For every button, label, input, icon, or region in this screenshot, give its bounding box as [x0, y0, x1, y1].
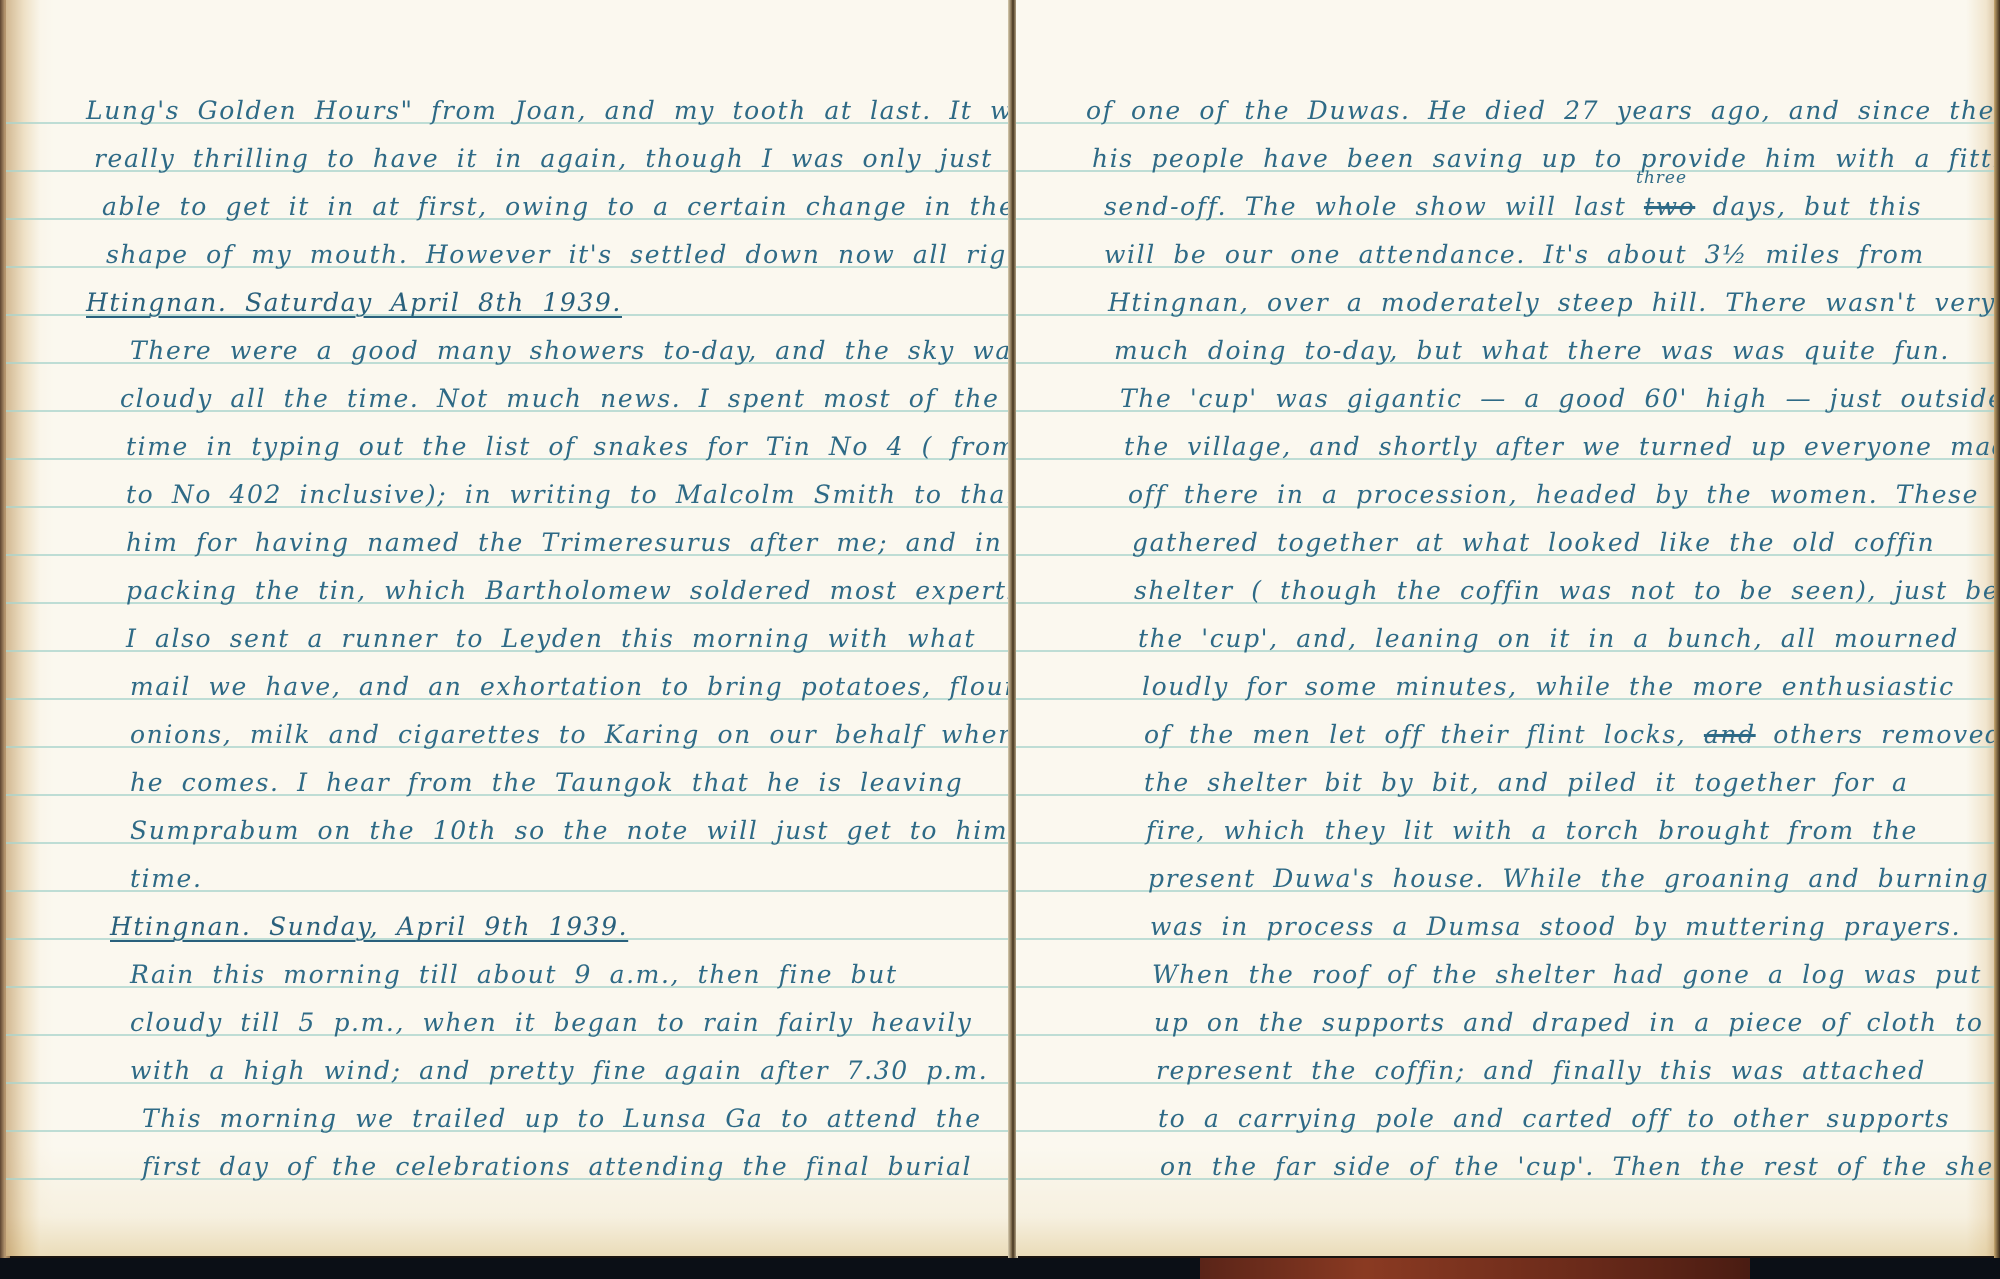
diary-line: him for having named the Trimeresurus af… [126, 528, 1002, 558]
diary-line: represent the coffin; and finally this w… [1156, 1056, 1926, 1086]
diary-line: present Duwa's house. While the groaning… [1148, 864, 1989, 894]
struck-word: and [1704, 720, 1756, 749]
diary-line: onions, milk and cigarettes to Karing on… [130, 720, 1010, 750]
diary-line: cloudy till 5 p.m., when it began to rai… [130, 1008, 972, 1038]
diary-line: Lung's Golden Hours" from Joan, and my t… [86, 96, 1010, 126]
diary-line: fire, which they lit with a torch brough… [1146, 816, 1918, 846]
diary-line: really thrilling to have it in again, th… [94, 144, 993, 174]
entry-heading-april-8: Htingnan. Saturday April 8th 1939. [86, 288, 622, 318]
diary-line: time. [130, 864, 203, 894]
diary-line: I also sent a runner to Leyden this morn… [126, 624, 976, 654]
diary-line: This morning we trailed up to Lunsa Ga t… [142, 1104, 982, 1134]
line-text: days, but this [1713, 192, 1922, 221]
diary-line: time in typing out the list of snakes fo… [126, 432, 1010, 462]
diary-line: Sumprabum on the 10th so the note will j… [130, 816, 1010, 846]
diary-line: loudly for some minutes, while the more … [1142, 672, 1955, 702]
diary-line: to a carrying pole and carted off to oth… [1158, 1104, 1950, 1134]
diary-line: shape of my mouth. However it's settled … [106, 240, 1010, 270]
diary-line-with-correction: of the men let off their flint locks, an… [1144, 720, 1996, 750]
diary-line: was in process a Dumsa stood by mutterin… [1150, 912, 1961, 942]
diary-line: The 'cup' was gigantic — a good 60' high… [1120, 384, 1996, 414]
diary-line: up on the supports and draped in a piece… [1154, 1008, 1984, 1038]
line-text: of the men let off their flint locks, [1144, 720, 1686, 749]
diary-line: Rain this morning till about 9 a.m., the… [130, 960, 898, 990]
diary-line: packing the tin, which Bartholomew solde… [126, 576, 1010, 606]
diary-line: the village, and shortly after we turned… [1124, 432, 1996, 462]
diary-line: There were a good many showers to-day, a… [130, 336, 1010, 366]
line-text: send-off. The whole show will last [1104, 192, 1626, 221]
entry-heading-april-9: Htingnan. Sunday, April 9th 1939. [110, 912, 628, 942]
diary-line: the 'cup', and, leaning on it in a bunch… [1138, 624, 1959, 654]
diary-line: Htingnan, over a moderately steep hill. … [1108, 288, 1996, 318]
diary-line: of one of the Duwas. He died 27 years ag… [1086, 96, 1996, 126]
cover-red-fabric [1200, 1258, 1750, 1279]
diary-line: on the far side of the 'cup'. Then the r… [1160, 1152, 1996, 1182]
diary-line: with a high wind; and pretty fine again … [130, 1056, 988, 1086]
line-text: others removed [1773, 720, 1996, 749]
diary-line: able to get it in at first, owing to a c… [102, 192, 1010, 222]
diary-line: off there in a procession, headed by the… [1128, 480, 1979, 510]
diary-line-with-correction: send-off. The whole show will last two d… [1104, 192, 1922, 222]
diary-line: cloudy all the time. Not much news. I sp… [120, 384, 1000, 414]
notebook-right-edge [1994, 0, 2000, 1258]
diary-line: he comes. I hear from the Taungok that h… [130, 768, 963, 798]
diary-line: will be our one attendance. It's about 3… [1104, 240, 1925, 270]
diary-line: his people have been saving up to provid… [1092, 144, 1996, 174]
right-page: of one of the Duwas. He died 27 years ag… [1016, 0, 1996, 1256]
diary-line: much doing to-day, but what there was wa… [1114, 336, 1950, 366]
diary-line: to No 402 inclusive); in writing to Malc… [126, 480, 1010, 510]
notebook-spread: Lung's Golden Hours" from Joan, and my t… [0, 0, 2000, 1258]
diary-line: mail we have, and an exhortation to brin… [130, 672, 1010, 702]
diary-line: shelter ( though the coffin was not to b… [1134, 576, 1996, 606]
diary-line: When the roof of the shelter had gone a … [1152, 960, 1982, 990]
struck-word: two [1644, 192, 1695, 221]
diary-line: first day of the celebrations attending … [142, 1152, 972, 1182]
diary-line: the shelter bit by bit, and piled it tog… [1144, 768, 1908, 798]
diary-line: gathered together at what looked like th… [1132, 528, 1935, 558]
inserted-word: three [1636, 168, 1687, 188]
left-page: Lung's Golden Hours" from Joan, and my t… [6, 0, 1010, 1256]
